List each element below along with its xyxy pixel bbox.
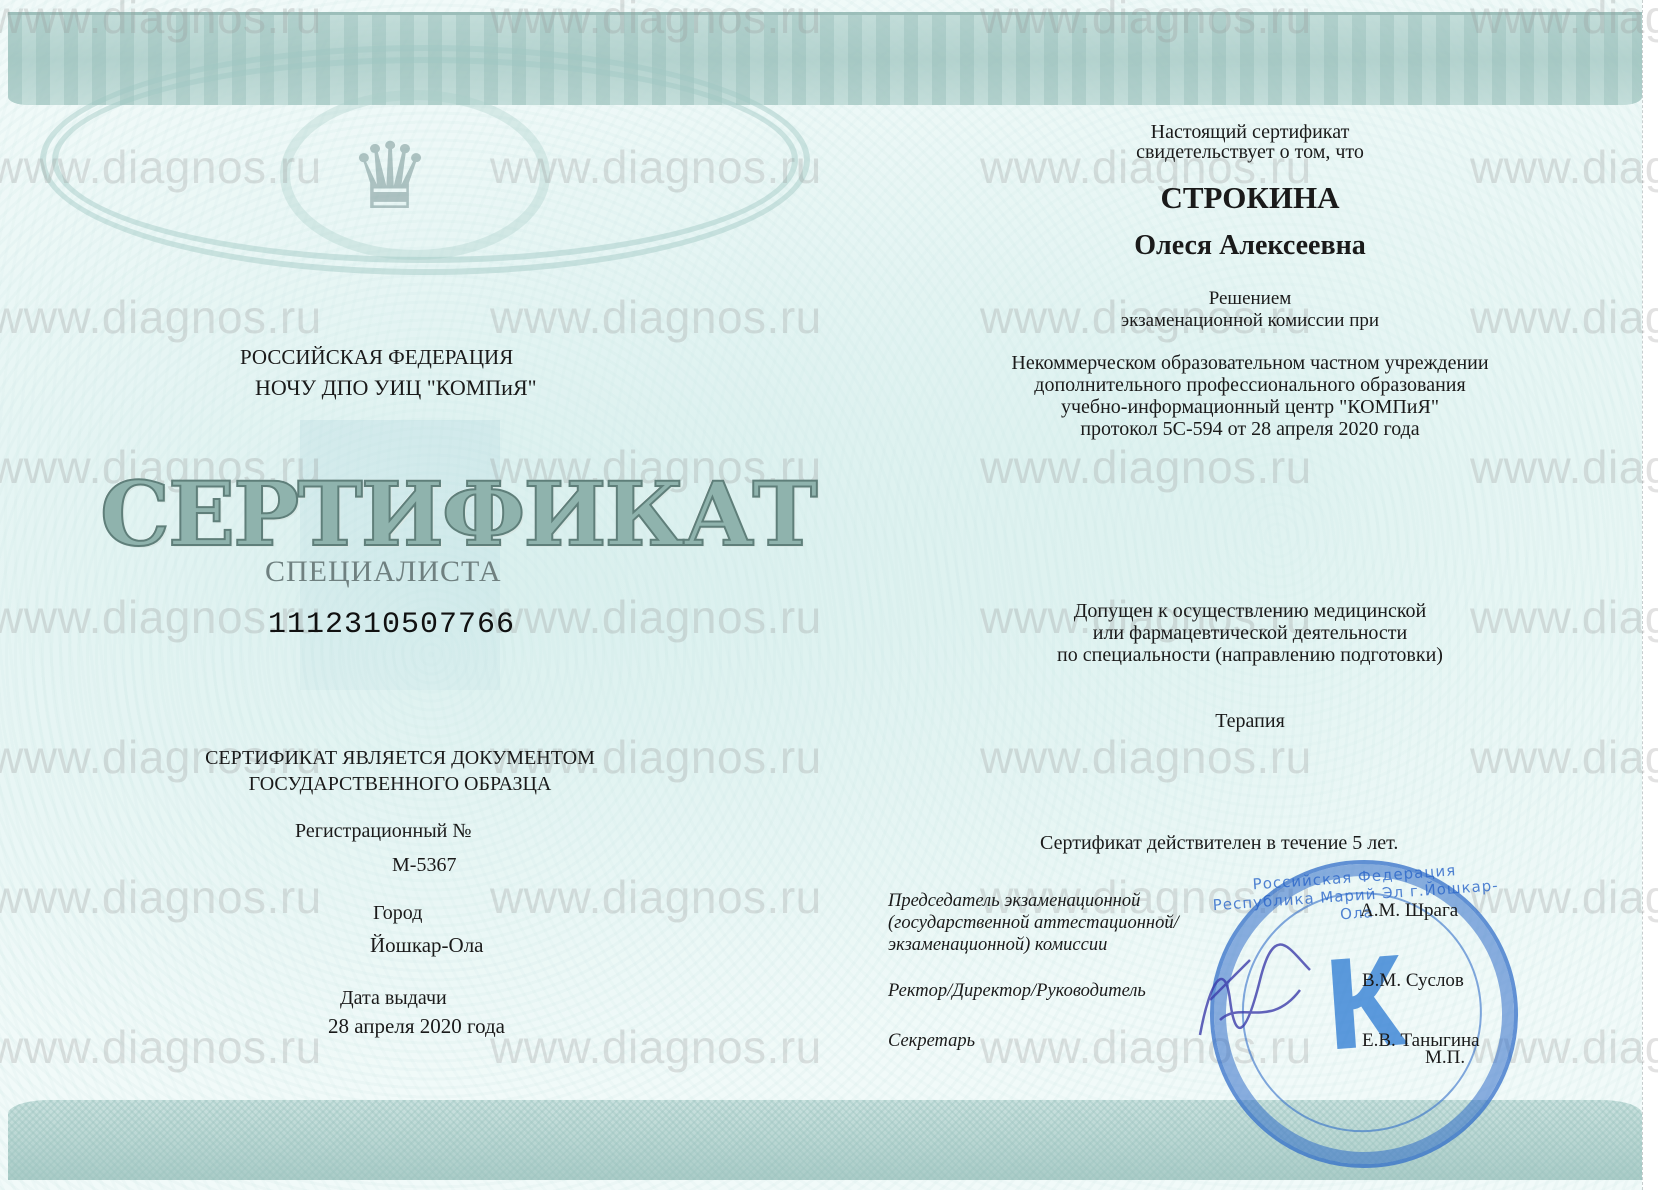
city-value: Йошкар-Ола <box>370 933 484 958</box>
watermark-text: www.diagnos.ru <box>0 870 322 924</box>
registration-label: Регистрационный № <box>295 820 471 843</box>
watermark-text: www.diagnos.ru <box>980 730 1312 784</box>
watermark-text: www.diagnos.ru <box>1470 0 1658 44</box>
watermark-text: www.diagnos.ru <box>980 440 1312 494</box>
state-document-notice: СЕРТИФИКАТ ЯВЛЯЕТСЯ ДОКУМЕНТОМ ГОСУДАРСТ… <box>150 745 650 797</box>
watermark-text: www.diagnos.ru <box>490 870 822 924</box>
watermark-text: www.diagnos.ru <box>490 140 822 194</box>
watermark-text: www.diagnos.ru <box>980 0 1312 44</box>
certificate-subtitle: СПЕЦИАЛИСТА <box>265 555 502 589</box>
admission-line: по специальности (направлению подготовки… <box>990 644 1510 666</box>
admission-line: или фармацевтической деятельности <box>990 622 1510 644</box>
chair-role-line: (государственной аттестационной/ <box>888 912 1179 934</box>
watermark-text: www.diagnos.ru <box>0 140 322 194</box>
watermark-text: www.diagnos.ru <box>0 1020 322 1074</box>
watermark-text: www.diagnos.ru <box>490 290 822 344</box>
holder-surname: СТРОКИНА <box>1050 180 1450 216</box>
intro-line: свидетельствует о том, что <box>1050 142 1450 162</box>
decision-line: Решением <box>1000 288 1500 310</box>
admission-text: Допущен к осуществлению медицинской или … <box>990 600 1510 666</box>
decision-text: Решением экзаменационной комиссии при <box>1000 288 1500 332</box>
watermark-text: www.diagnos.ru <box>490 1020 822 1074</box>
institution-line: дополнительного профессионального образо… <box>940 374 1560 396</box>
chair-name: А.М. Шрага <box>1360 900 1458 922</box>
watermark-text: www.diagnos.ru <box>490 590 822 644</box>
rector-role: Ректор/Директор/Руководитель <box>888 980 1146 1002</box>
institution-text: Некоммерческом образовательном частном у… <box>940 352 1560 440</box>
chair-role-line: экзаменационной) комиссии <box>888 934 1179 956</box>
watermark-text: www.diagnos.ru <box>490 0 822 44</box>
watermark-text: www.diagnos.ru <box>1470 730 1658 784</box>
holder-given-names: Олеся Алексеевна <box>1050 230 1450 262</box>
protocol-line: протокол 5С-594 от 28 апреля 2020 года <box>940 418 1560 440</box>
validity-statement: Сертификат действителен в течение 5 лет. <box>1040 832 1398 855</box>
chair-role-line: Председатель экзаменационной <box>888 890 1179 912</box>
handwritten-signature-icon <box>1190 940 1320 1050</box>
issue-date-label: Дата выдачи <box>340 987 447 1010</box>
institution-line: Некоммерческом образовательном частном у… <box>940 352 1560 374</box>
certificate-number: 1112310507766 <box>268 608 515 642</box>
organization-short-name: НОЧУ ДПО УИЦ "КОМПиЯ" <box>255 375 537 401</box>
state-document-line: ГОСУДАРСТВЕННОГО ОБРАЗЦА <box>150 771 650 797</box>
chair-role: Председатель экзаменационной (государств… <box>888 890 1179 956</box>
seal-mark: М.П. <box>1425 1047 1465 1069</box>
state-document-line: СЕРТИФИКАТ ЯВЛЯЕТСЯ ДОКУМЕНТОМ <box>150 745 650 771</box>
watermark-text: www.diagnos.ru <box>0 290 322 344</box>
watermark-text: www.diagnos.ru <box>0 0 322 44</box>
decision-line: экзаменационной комиссии при <box>1000 310 1500 332</box>
registration-number: М-5367 <box>392 854 456 877</box>
country-heading: РОССИЙСКАЯ ФЕДЕРАЦИЯ <box>240 345 513 370</box>
intro-line: Настоящий сертификат <box>1050 122 1450 142</box>
certificate-title: СЕРТИФИКАТ <box>100 462 816 566</box>
watermark-text: www.diagnos.ru <box>1470 440 1658 494</box>
city-label: Город <box>373 902 422 925</box>
certificate-intro: Настоящий сертификат свидетельствует о т… <box>1050 122 1450 162</box>
secretary-role: Секретарь <box>888 1030 975 1052</box>
coat-of-arms-icon: ♛ <box>340 112 440 242</box>
specialty-value: Терапия <box>1050 710 1450 733</box>
admission-line: Допущен к осуществлению медицинской <box>990 600 1510 622</box>
institution-line: учебно-информационный центр "КОМПиЯ" <box>940 396 1560 418</box>
rector-name: В.М. Суслов <box>1362 970 1464 992</box>
issue-date-value: 28 апреля 2020 года <box>328 1014 505 1039</box>
watermark-text: www.diagnos.ru <box>1470 140 1658 194</box>
